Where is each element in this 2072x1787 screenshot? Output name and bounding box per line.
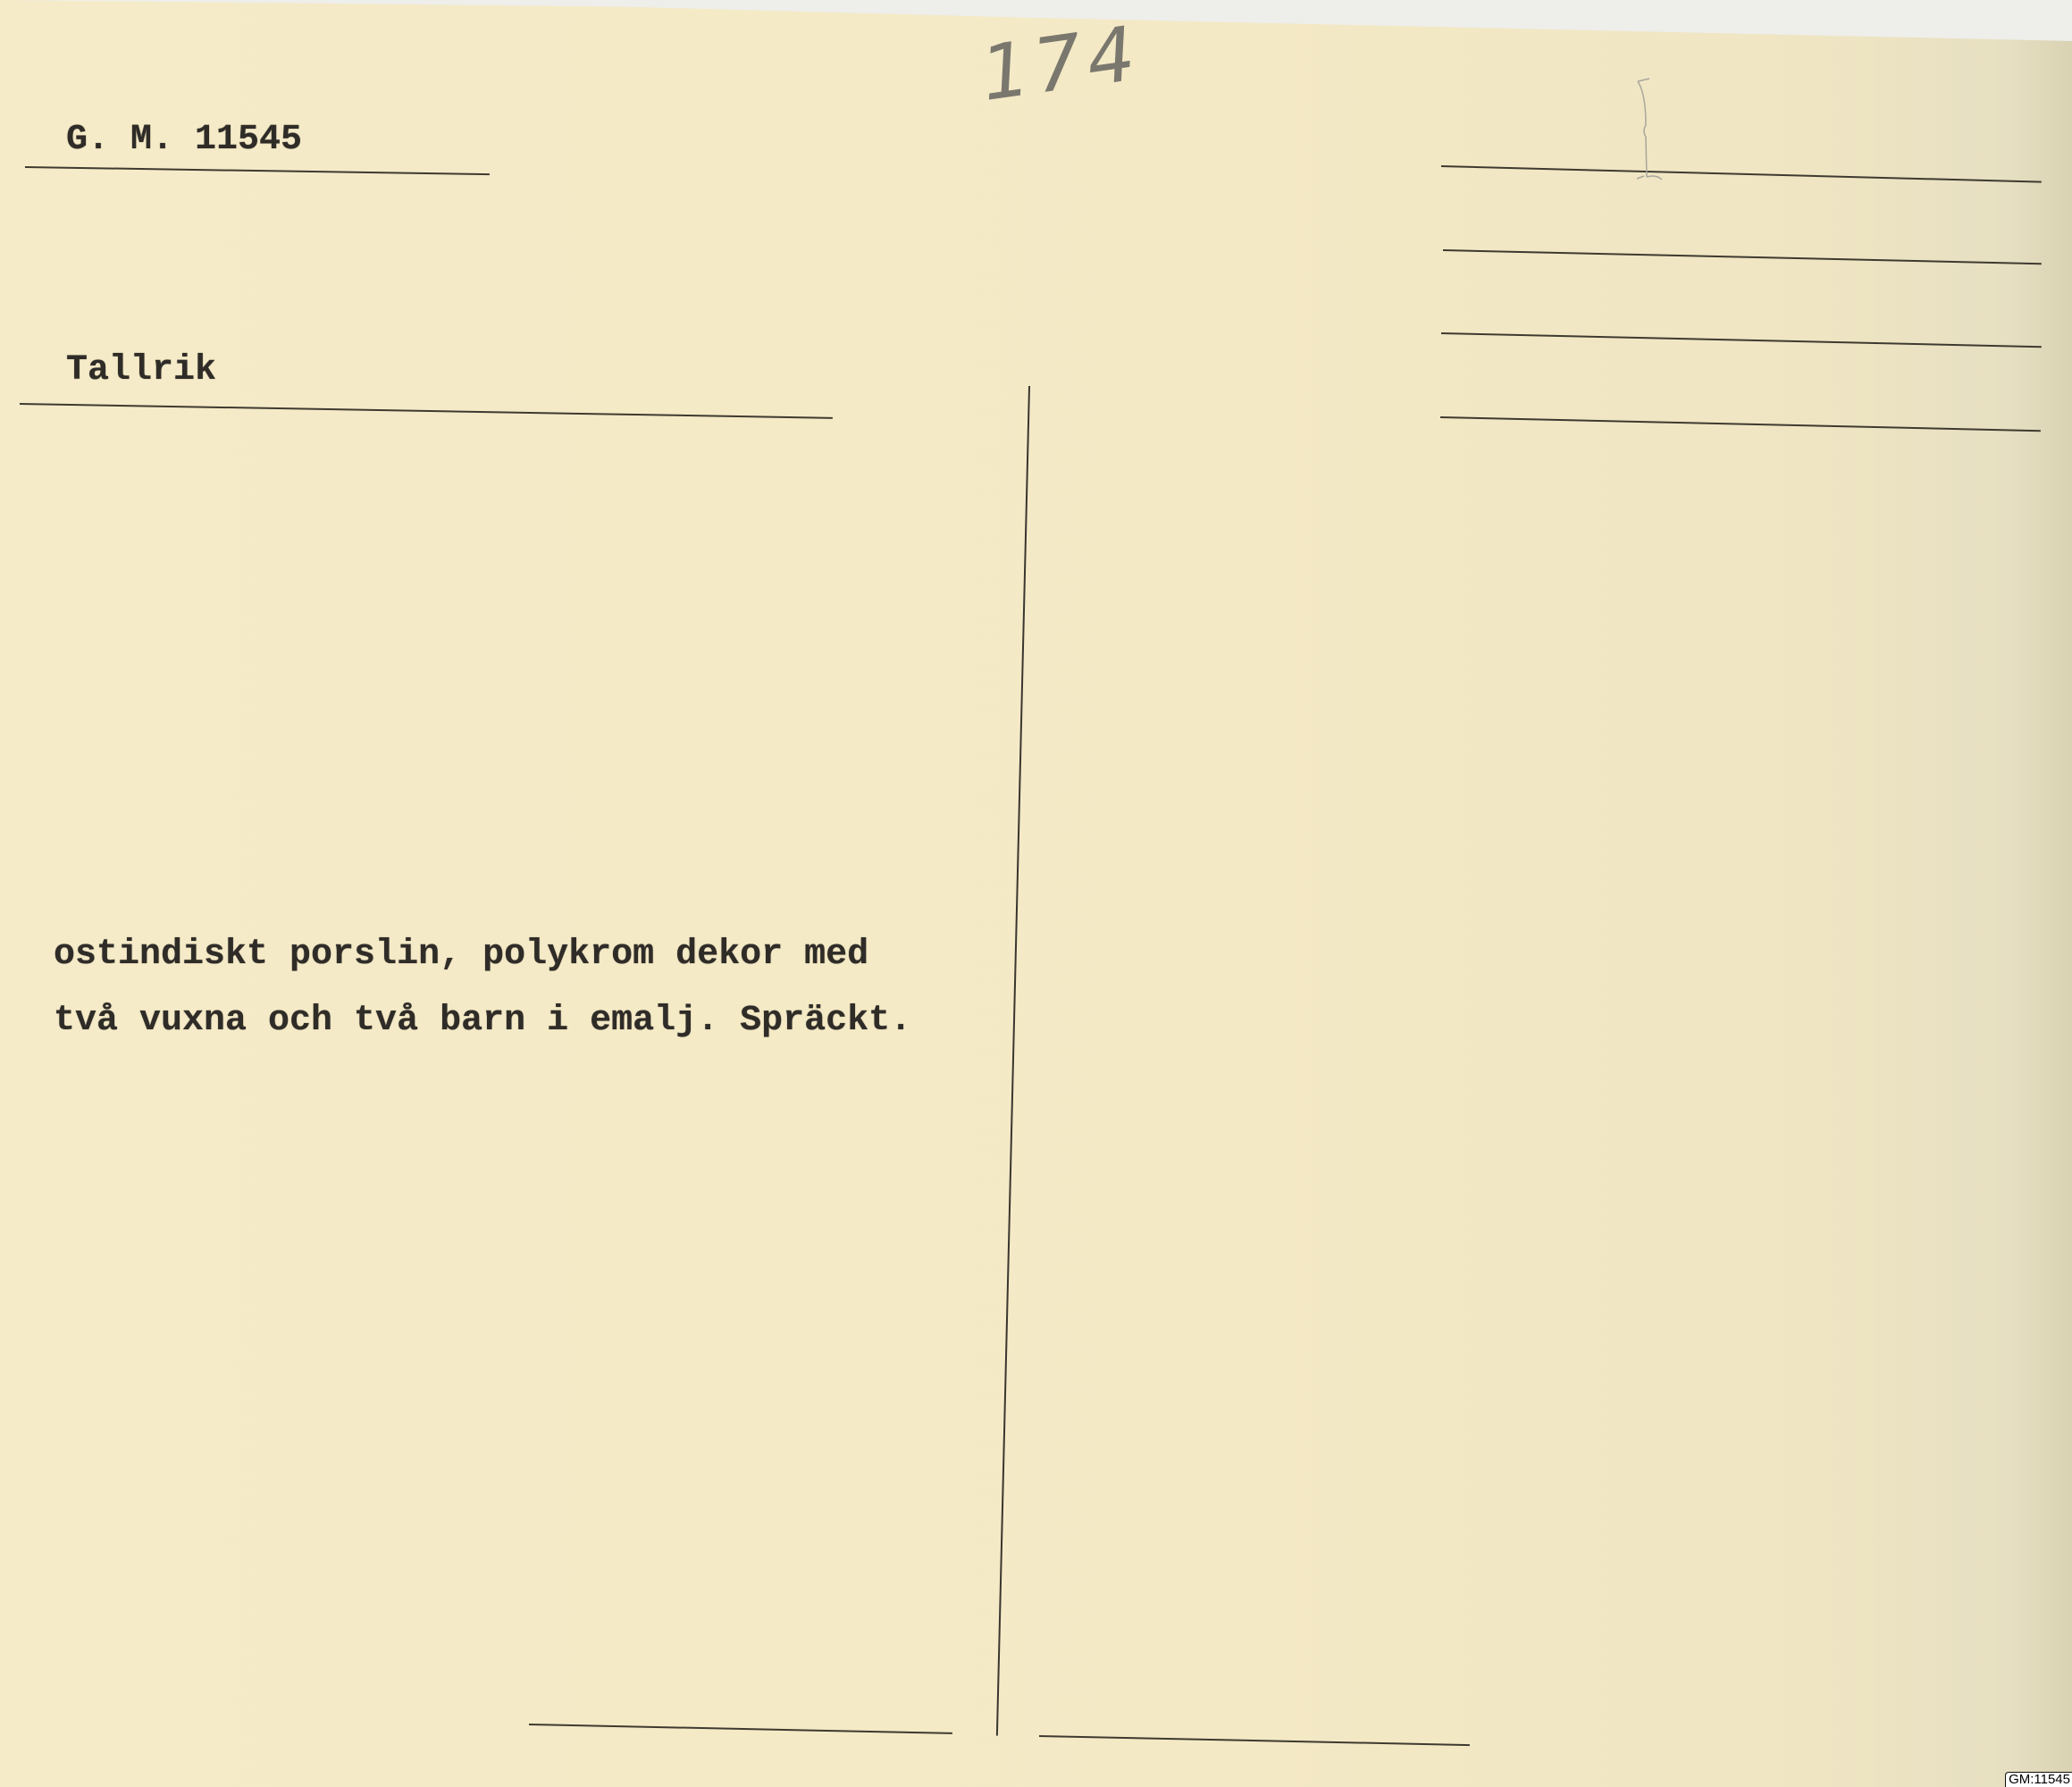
- catalog-id-tag: GM:11545: [2005, 1772, 2072, 1787]
- pencil-bracket-mark: [1626, 76, 1680, 192]
- catalog-card: [0, 0, 2072, 1787]
- inventory-number: G. M. 11545: [66, 120, 302, 160]
- description-line-1: ostindiskt porslin, polykrom dekor med: [54, 935, 868, 975]
- object-name: Tallrik: [66, 350, 216, 390]
- description-line-2: två vuxna och två barn i emalj. Spräckt.: [54, 1001, 911, 1041]
